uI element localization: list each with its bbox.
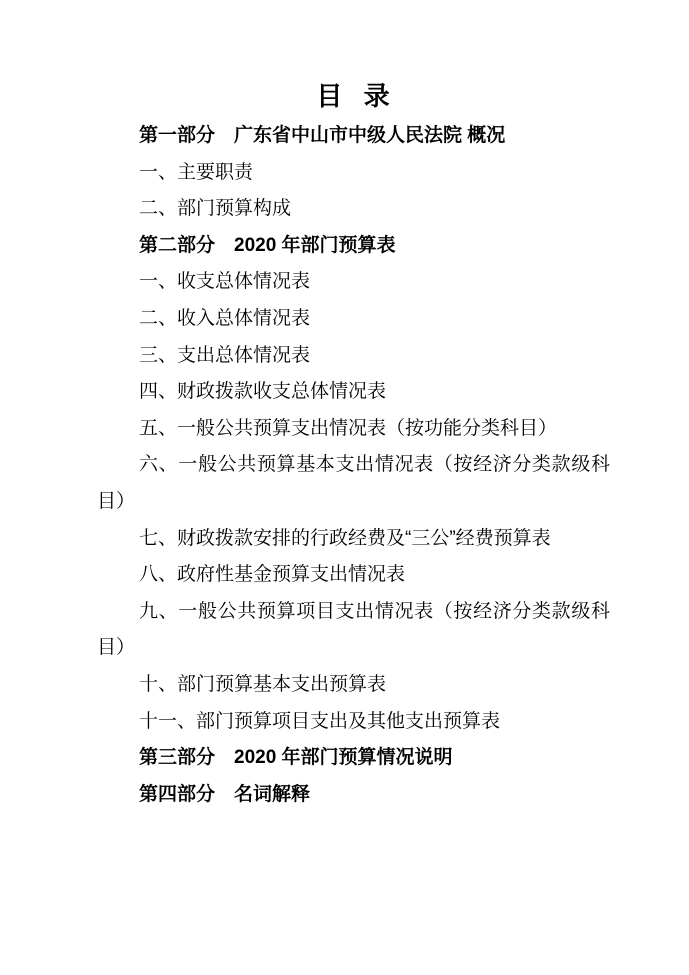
toc-item: 第一部分 广东省中山市中级人民法院 概况 <box>97 118 610 155</box>
toc-item: 十、部门预算基本支出预算表 <box>97 667 610 704</box>
toc-item: 二、收入总体情况表 <box>97 301 610 338</box>
toc-item: 第三部分 2020 年部门预算情况说明 <box>97 740 610 777</box>
toc-list: 第一部分 广东省中山市中级人民法院 概况一、主要职责二、部门预算构成第二部分 2… <box>97 118 610 813</box>
toc-item: 九、一般公共预算项目支出情况表（按经济分类款级科目） <box>97 594 610 667</box>
toc-item: 一、收支总体情况表 <box>97 264 610 301</box>
toc-item: 第四部分 名词解释 <box>97 777 610 814</box>
document-title: 目 录 <box>97 80 610 112</box>
document-page: 目 录 第一部分 广东省中山市中级人民法院 概况一、主要职责二、部门预算构成第二… <box>0 0 689 975</box>
toc-item: 五、一般公共预算支出情况表（按功能分类科目） <box>97 411 610 448</box>
toc-item: 三、支出总体情况表 <box>97 338 610 375</box>
toc-item: 一、主要职责 <box>97 155 610 192</box>
toc-item: 二、部门预算构成 <box>97 191 610 228</box>
toc-item: 七、财政拨款安排的行政经费及“三公”经费预算表 <box>97 521 610 558</box>
toc-item: 四、财政拨款收支总体情况表 <box>97 374 610 411</box>
toc-item: 第二部分 2020 年部门预算表 <box>97 228 610 265</box>
toc-item: 八、政府性基金预算支出情况表 <box>97 557 610 594</box>
toc-item: 六、一般公共预算基本支出情况表（按经济分类款级科目） <box>97 447 610 520</box>
toc-item: 十一、部门预算项目支出及其他支出预算表 <box>97 704 610 741</box>
